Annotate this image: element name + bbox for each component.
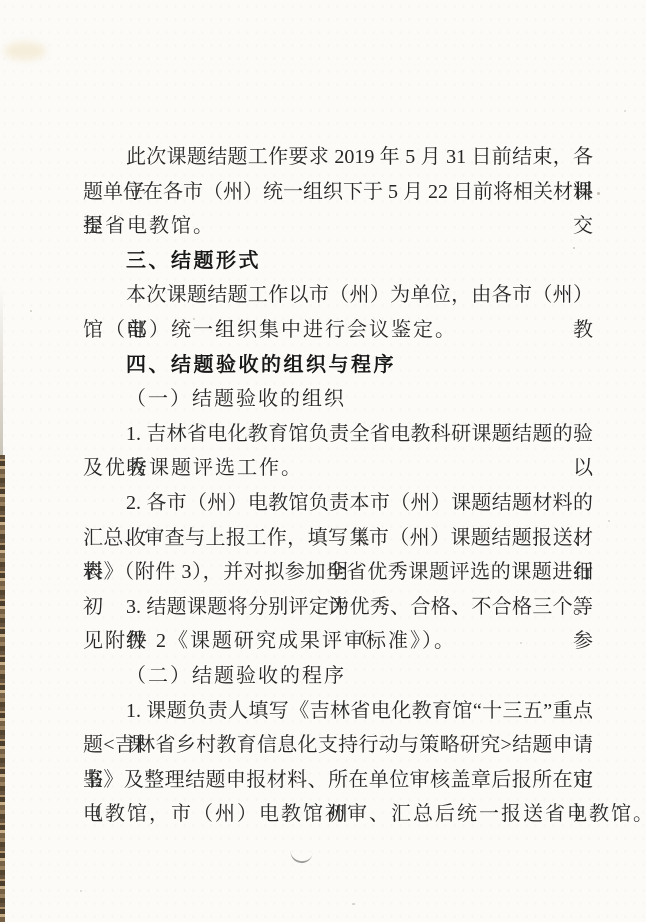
section-heading-3: 三、结题形式 <box>83 244 593 279</box>
doc-line-01: 此次课题结题工作要求 2019 年 5 月 31 日前结束，各子课 <box>83 140 593 175</box>
doc-line-13: 表》（附件 3），并对拟参加全省优秀课题评选的课题进行初评。 <box>83 555 593 590</box>
scan-speckle <box>597 192 600 195</box>
doc-line-20: 电教馆，市（州）电教馆初审、汇总后统一报送省电教馆。 <box>83 797 593 832</box>
scan-speckle <box>80 890 82 892</box>
paper-smudge <box>4 42 46 60</box>
doc-line-09: 1. 吉林省电化教育馆负责全省电教科研课题结题的验收以 <box>83 417 593 452</box>
subsection-heading-2: （二）结题验收的程序 <box>83 659 593 694</box>
scanned-document-page: 此次课题结题工作要求 2019 年 5 月 31 日前结束，各子课 题单位在各市… <box>0 0 646 922</box>
subsection-heading-1: （一）结题验收的组织 <box>83 382 593 417</box>
left-edge-binding-strip <box>0 455 5 922</box>
doc-line-17: 1. 课题负责人填写《吉林省电化教育馆“十三五”重点课 <box>83 694 593 729</box>
document-body: 此次课题结题工作要求 2019 年 5 月 31 日前结束，各子课 题单位在各市… <box>83 140 593 832</box>
scan-speckle <box>352 903 355 905</box>
doc-line-14: 3. 结题课题将分别评定为优秀、合格、不合格三个等级（参 <box>83 590 593 625</box>
scan-speckle <box>624 110 626 112</box>
stray-pen-mark <box>289 849 313 865</box>
doc-line-02: 题单位在各市（州）统一组织下于 5 月 22 日前将相关材料提交 <box>83 175 593 210</box>
doc-line-11: 2. 各市（州）电教馆负责本市（州）课题结题材料的收集、 <box>83 486 593 521</box>
left-edge-shadow <box>0 285 3 457</box>
doc-line-12: 汇总、审查与上报工作，填写《市（州）课题结题报送材料明细 <box>83 521 593 556</box>
doc-line-18: 题<吉林省乡村教育信息化支持行动与策略研究>结题申请鉴定 <box>83 728 593 763</box>
scan-speckle <box>608 520 610 522</box>
section-heading-4: 四、结题验收的组织与程序 <box>83 348 593 383</box>
doc-line-05: 本次课题结题工作以市（州）为单位，由各市（州）电教 <box>83 278 593 313</box>
doc-line-19: 书》及整理结题申报材料、所在单位审核盖章后报所在市（州） <box>83 763 593 798</box>
scan-speckle <box>30 310 32 312</box>
